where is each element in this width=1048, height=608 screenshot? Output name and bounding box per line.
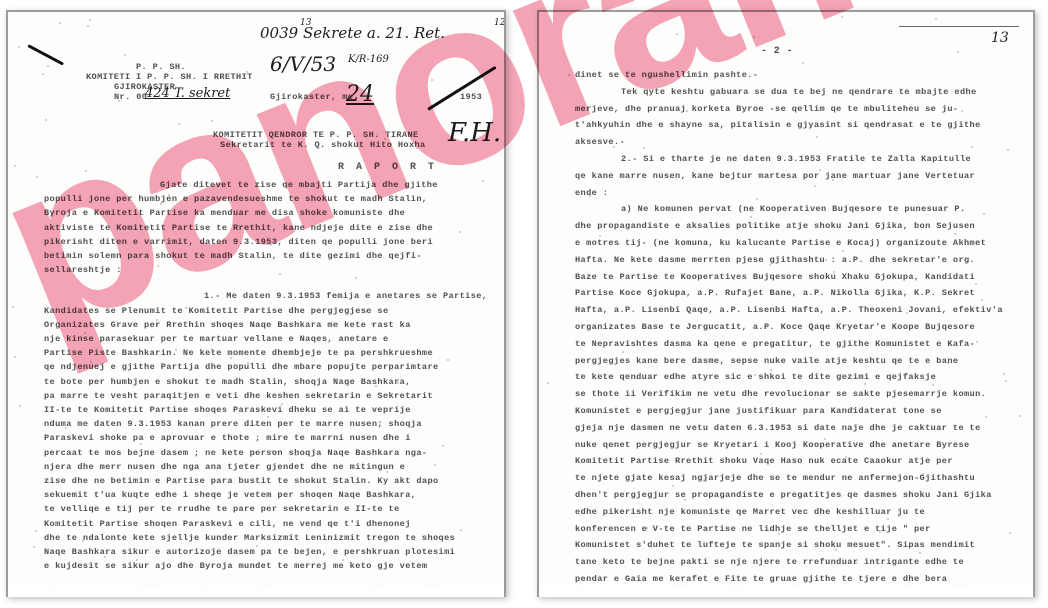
text-line: edhe pikerisht nje komuniste qe Marret v… bbox=[575, 507, 925, 517]
year: 1953 bbox=[460, 92, 482, 102]
scan-noise bbox=[157, 265, 159, 267]
text-line: nduma me daten 9.3.1953 kanan prere dite… bbox=[44, 419, 422, 429]
scan-noise bbox=[841, 16, 843, 18]
scan-noise bbox=[386, 471, 388, 473]
scan-noise bbox=[756, 198, 758, 200]
scan-noise bbox=[447, 359, 449, 361]
recipient-line-2: Sekretarit te K. Q. shokut Hito Hoxha bbox=[220, 140, 426, 150]
torn-edge bbox=[6, 573, 506, 597]
scan-noise bbox=[961, 241, 963, 243]
scan-noise bbox=[168, 194, 170, 196]
scan-noise bbox=[156, 319, 158, 321]
scan-noise bbox=[136, 559, 138, 561]
scan-noise bbox=[118, 100, 120, 102]
text-line: pikerisht diten e varrimit, daten 9.3.19… bbox=[44, 237, 433, 247]
scan-noise bbox=[971, 146, 973, 148]
scan-noise bbox=[124, 54, 126, 56]
text-line: dhe te ndalonte kete sjellje kunder Mark… bbox=[44, 533, 455, 543]
scan-noise bbox=[42, 73, 44, 75]
scan-noise bbox=[85, 170, 87, 172]
header-party-abbrev: P. P. SH. bbox=[136, 62, 186, 72]
handwritten-initials: F.H. bbox=[448, 118, 501, 148]
text-line: Komunistet e pergjegjur jane justifikuar… bbox=[575, 406, 942, 416]
text-line: Hafta, a.P. Lisenbi Qaqe, a.P. Lisenbi H… bbox=[575, 305, 1003, 315]
handwritten-date: 6/V/53 bbox=[270, 52, 336, 76]
text-line: percaat te mos bejne dasem ; ne kete per… bbox=[44, 448, 427, 458]
scan-noise bbox=[35, 530, 37, 532]
document-page-2: - 2 - 13 dinet se te ngushellimin pashte… bbox=[537, 10, 1035, 597]
scan-noise bbox=[12, 306, 14, 308]
scan-noise bbox=[672, 485, 674, 487]
text-line: t'ahkyuhin dhe e shayne sa, pitalisin e … bbox=[575, 120, 981, 130]
text-line: 2.- Si e tharte je ne daten 9.3.1953 Fra… bbox=[621, 154, 971, 164]
scan-noise bbox=[919, 552, 921, 554]
scan-noise bbox=[1003, 373, 1005, 375]
scan-noise bbox=[211, 120, 213, 122]
handwritten-slash-mark bbox=[27, 44, 64, 65]
text-line: Byroja e Komitetit Partise ka menduar me… bbox=[44, 208, 405, 218]
scan-noise bbox=[1007, 149, 1009, 151]
handwritten-folio-number: 13 bbox=[991, 30, 1009, 46]
scan-noise bbox=[19, 405, 21, 407]
scan-noise bbox=[459, 231, 461, 233]
scan-noise bbox=[769, 264, 771, 266]
text-line: dhen't pergjegjur se propagandiste e pre… bbox=[575, 490, 992, 500]
scan-noise bbox=[1005, 380, 1007, 382]
scan-noise bbox=[686, 110, 688, 112]
text-line: Gjate ditevet te zise qe mbajti Partija … bbox=[160, 180, 438, 190]
text-line: gjeja nje dasmen ne vetu daten 6.3.1953 … bbox=[575, 423, 981, 433]
scan-noise bbox=[975, 283, 977, 285]
text-line: 1.- Me daten 9.3.1953 femija e anetares … bbox=[204, 291, 487, 301]
scan-noise bbox=[1009, 532, 1011, 534]
scan-noise bbox=[397, 382, 399, 384]
scan-noise bbox=[753, 36, 755, 38]
scan-noise bbox=[613, 146, 615, 148]
scan-noise bbox=[816, 136, 818, 138]
text-line: sekuemit t'ua kuqte edhe i sheqe je vete… bbox=[44, 490, 416, 500]
scan-noise bbox=[932, 384, 934, 386]
scan-noise bbox=[760, 453, 762, 455]
scan-noise bbox=[835, 549, 837, 551]
text-line: sellareshtje : bbox=[44, 265, 122, 275]
scan-noise bbox=[814, 185, 816, 187]
scan-noise bbox=[178, 123, 180, 125]
text-line: populli jone per humbjen e pazavendesues… bbox=[44, 194, 427, 204]
text-line: Baze te Partise te Kooperatives Bujqesor… bbox=[575, 272, 975, 282]
scan-noise bbox=[547, 382, 549, 384]
text-line: Komitetit Partise shoqen Paraskevi e cil… bbox=[44, 519, 411, 529]
scan-noise bbox=[832, 179, 834, 181]
scan-noise bbox=[47, 65, 49, 67]
document-title: R A P O R T bbox=[338, 162, 437, 173]
text-line: aktiviste te Komitetit Partise te Rrethi… bbox=[44, 223, 433, 233]
scan-noise bbox=[33, 546, 35, 548]
scan-noise bbox=[643, 147, 645, 149]
text-line: dhe propagandiste e aksalies politike at… bbox=[575, 221, 975, 231]
scan-noise bbox=[59, 22, 61, 24]
text-line: betimin solemn para shokut te madh Stali… bbox=[44, 251, 422, 261]
text-line: Komunistet s'duhet te lufteje te spanje … bbox=[575, 540, 975, 550]
scan-noise bbox=[87, 25, 89, 27]
scan-noise bbox=[770, 369, 772, 371]
scan-noise bbox=[983, 213, 985, 215]
scan-noise bbox=[431, 79, 433, 81]
scan-noise bbox=[970, 393, 972, 395]
scan-noise bbox=[256, 545, 258, 547]
scan-noise bbox=[230, 357, 232, 359]
scan-noise bbox=[36, 176, 38, 178]
scan-noise bbox=[985, 416, 987, 418]
scan-noise bbox=[855, 562, 857, 564]
text-line: Organizates Grave per Rrethin shoqes Naq… bbox=[44, 320, 411, 330]
scan-noise bbox=[355, 277, 357, 279]
text-line: nje kinse parasekuar per te martuar vell… bbox=[44, 334, 389, 344]
scan-noise bbox=[14, 356, 16, 358]
scan-noise bbox=[160, 203, 162, 205]
scan-noise bbox=[704, 478, 706, 480]
text-line: Kandidates se Plenumit te Komitetit Part… bbox=[44, 306, 389, 316]
text-line: konferencen e V-te te Partise ne lidhje … bbox=[575, 524, 931, 534]
text-line: a) Ne komunen pervat (ne Kooperativen Bu… bbox=[621, 204, 966, 214]
scan-noise bbox=[271, 450, 273, 452]
text-line: Tek qyte keshtu gabuara se dua te bej ne… bbox=[621, 87, 977, 97]
handwritten-strike-mark bbox=[427, 66, 496, 111]
scan-noise bbox=[104, 556, 106, 558]
scan-noise bbox=[981, 299, 983, 301]
text-line: organizates Base te Jergucatit, a.P. Koc… bbox=[575, 322, 975, 332]
scan-noise bbox=[824, 438, 826, 440]
text-line: Partise Piste Bashkarin. Ne kete momente… bbox=[44, 348, 433, 358]
scan-noise bbox=[684, 499, 686, 501]
text-line: aksesve.- bbox=[575, 137, 625, 147]
place-date-label: Gjirokaster, me bbox=[270, 92, 353, 102]
text-line: qe kane marre nusen, kane bejtur martesa… bbox=[575, 171, 975, 181]
scan-noise bbox=[482, 180, 484, 182]
text-line: njera dhe merr nusen dhe nga ana tjeter … bbox=[44, 462, 405, 472]
text-line: pergjegjes kane bere dasme, sepse nuke v… bbox=[575, 356, 958, 366]
scan-noise bbox=[384, 138, 386, 140]
text-line: se thote ii Verifikim ne vetu dhe revolu… bbox=[575, 389, 986, 399]
handwritten-reference: K/R-169 bbox=[348, 54, 389, 65]
scan-noise bbox=[622, 351, 624, 353]
scan-noise bbox=[864, 383, 866, 385]
scan-noise bbox=[750, 216, 752, 218]
text-line: Partise Koce Gjokupa, a.P. Rufajet Bane,… bbox=[575, 288, 975, 298]
scan-noise bbox=[140, 443, 142, 445]
text-line: Hafta. Ne kete dasme merrten pjese gjith… bbox=[575, 255, 975, 265]
scan-noise bbox=[957, 51, 959, 53]
scan-noise bbox=[442, 445, 444, 447]
scan-noise bbox=[460, 529, 462, 531]
scan-noise bbox=[103, 480, 105, 482]
scan-noise bbox=[877, 323, 879, 325]
text-line: tane keto te bejne pakti se nje njere te… bbox=[575, 557, 964, 567]
scan-noise bbox=[221, 76, 223, 78]
date-handwritten: 24 bbox=[346, 82, 374, 107]
document-page-1: P. P. SH. KOMITETI I P. P. SH. I RRETHIT… bbox=[6, 10, 506, 597]
handwritten-superscript: 13 bbox=[300, 18, 311, 28]
text-line: e motres tij- (ne komuna, ku kalucante P… bbox=[575, 238, 986, 248]
scan-noise bbox=[14, 165, 16, 167]
scan-noise bbox=[18, 46, 20, 48]
text-line: II-te te Komitetit Partise shoqes Parask… bbox=[44, 405, 411, 415]
scan-noise bbox=[961, 110, 963, 112]
scan-noise bbox=[976, 341, 978, 343]
scan-noise bbox=[89, 19, 91, 21]
recipient-line-1: KOMITETIT QENDROR TE P. P. SH. TIRANE bbox=[213, 130, 419, 140]
text-line: ende : bbox=[575, 188, 608, 198]
scan-noise bbox=[676, 33, 678, 35]
scan-noise bbox=[568, 74, 570, 76]
text-line: te Nepravishtes dasma ka qene e pregatit… bbox=[575, 339, 975, 349]
header-committee: KOMITETI I P. P. SH. I RRETHIT bbox=[86, 72, 253, 82]
scan-noise bbox=[347, 506, 349, 508]
scan-noise bbox=[842, 250, 844, 252]
text-line: te bote per humbjen e shokut te madh Sta… bbox=[44, 377, 411, 387]
text-line: Komitetit Partise Rrethit shoku Vaqe Has… bbox=[575, 456, 953, 466]
scan-noise bbox=[802, 62, 804, 64]
text-line: pa marre te vesht paraqitjen e veti dhe … bbox=[44, 391, 433, 401]
text-line: dinet se te ngushellimin pashte.- bbox=[575, 70, 758, 80]
text-line: Paraskevi shoke pa e aprovuar e thote ; … bbox=[44, 433, 411, 443]
handwritten-registration-number: 0039 Sekrete a. 21. Ret. bbox=[260, 24, 445, 42]
scan-noise bbox=[434, 464, 436, 466]
top-rule bbox=[899, 26, 1019, 27]
text-line: nuke qenet pergjegjur se Kryetari i Kooj… bbox=[575, 440, 970, 450]
scan-noise bbox=[947, 362, 949, 364]
scan-noise bbox=[279, 273, 281, 275]
scan-noise bbox=[954, 233, 956, 235]
scan-noise bbox=[45, 119, 47, 121]
text-line: te njete gjate kesaj ngjarjeje dhe se te… bbox=[575, 473, 975, 483]
scan-noise bbox=[733, 278, 735, 280]
scan-noise bbox=[778, 533, 780, 535]
scan-noise bbox=[375, 385, 377, 387]
scan-noise bbox=[589, 195, 591, 197]
text-line: e kujdesit se sikur ajo dhe Byroja munde… bbox=[44, 561, 427, 571]
text-line: qe ndjenuej e gjithe Partija dhe populli… bbox=[44, 362, 439, 372]
scan-noise bbox=[267, 416, 269, 418]
scan-noise bbox=[763, 241, 765, 243]
scan-noise bbox=[819, 169, 821, 171]
text-line: merjeve, dhe pranuaj korketa Byroe -se q… bbox=[575, 104, 958, 114]
scan-noise bbox=[1019, 415, 1021, 417]
scan-noise bbox=[898, 515, 900, 517]
header-number-handwritten: 424 T. sekret bbox=[145, 86, 230, 101]
page-number: - 2 - bbox=[761, 46, 793, 57]
scan-noise bbox=[935, 18, 937, 20]
handwritten-superscript: 12 bbox=[494, 18, 505, 28]
scan-noise bbox=[887, 518, 889, 520]
